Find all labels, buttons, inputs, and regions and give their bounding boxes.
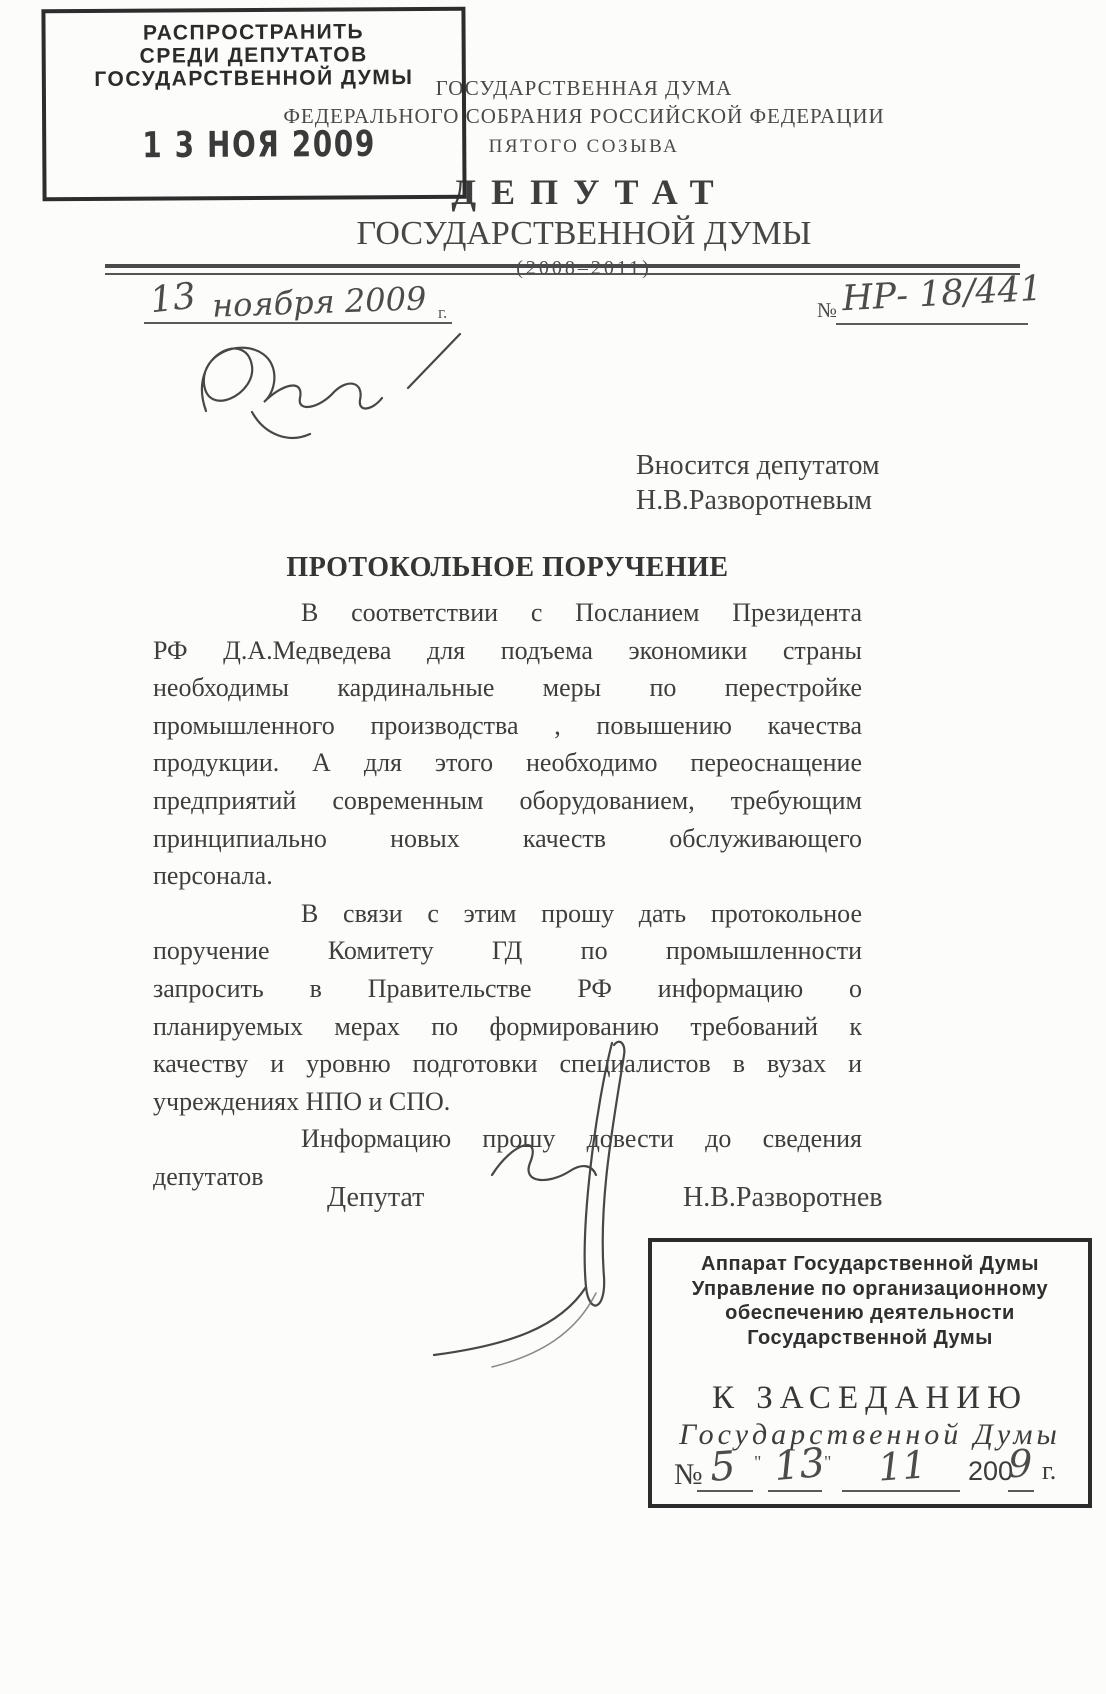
session-dept-line2: Управление по организационному	[652, 1277, 1088, 1302]
session-number-sign: №	[674, 1458, 703, 1492]
distribution-stamp-box: РАСПРОСТРАНИТЬ СРЕДИ ДЕПУТАТОВ ГОСУДАРСТ…	[41, 7, 466, 202]
session-stamp-department: Аппарат Государственной Думы Управление …	[652, 1252, 1088, 1350]
session-day-open-quote: "	[754, 1452, 761, 1473]
distribution-stamp-line1: РАСПРОСТРАНИТЬ	[45, 20, 461, 46]
body-line: принципиально новых качеств обслуживающе…	[153, 820, 862, 858]
distribution-stamp-line3: ГОСУДАРСТВЕННОЙ ДУМЫ	[46, 66, 462, 92]
signoff-deputy-name: Н.В.Разворотнев	[683, 1182, 883, 1214]
session-stamp-box: Аппарат Государственной Думы Управление …	[648, 1238, 1092, 1508]
session-day-underline	[768, 1490, 822, 1492]
body-line: персонала.	[153, 857, 862, 895]
session-title: К ЗАСЕДАНИЮ	[652, 1380, 1088, 1417]
letterhead-term: (2008–2011)	[234, 257, 934, 280]
session-year-underline	[1008, 1490, 1034, 1492]
body-line: РФ Д.А.Медведева для подъема экономики с…	[153, 632, 862, 670]
body-line: В связи с этим прошу дать протокольное	[153, 895, 862, 933]
submitted-by-line2: Н.В.Разворотневым	[636, 483, 880, 518]
body-line: запросить в Правительстве РФ информацию …	[153, 970, 862, 1008]
body-line: предприятий современным оборудованием, т…	[153, 782, 862, 820]
submitted-by-line1: Вносится депутатом	[636, 448, 880, 483]
distribution-stamp-text: РАСПРОСТРАНИТЬ СРЕДИ ДЕПУТАТОВ ГОСУДАРСТ…	[45, 20, 461, 92]
body-line: поручение Комитету ГД по промышленности	[153, 932, 862, 970]
session-number-underline	[697, 1490, 753, 1492]
session-dept-line4: Государственной Думы	[652, 1326, 1088, 1351]
letterhead-title-duma: ГОСУДАРСТВЕННОЙ ДУМЫ	[234, 215, 934, 253]
body-line: промышленного производства , повышению к…	[153, 707, 862, 745]
body-line: продукции. А для этого необходимо переос…	[153, 744, 862, 782]
session-day-close-quote: "	[824, 1452, 831, 1473]
session-year-suffix: г.	[1042, 1456, 1056, 1486]
body-line: необходимы кардинальные меры по перестро…	[153, 669, 862, 707]
session-dept-line3: обеспечению деятельности	[652, 1301, 1088, 1326]
signature-top	[168, 316, 488, 456]
distribution-stamp-line2: СРЕДИ ДЕПУТАТОВ	[46, 43, 462, 69]
session-year-prefix: 200	[968, 1456, 1013, 1487]
session-month-underline	[842, 1490, 960, 1492]
handwritten-date-day: 13	[148, 276, 198, 322]
submitted-by-block: Вносится депутатом Н.В.Разворотневым	[636, 448, 880, 518]
document-heading: ПРОТОКОЛЬНОЕ ПОРУЧЕНИЕ	[153, 552, 862, 584]
number-sign-label: №	[817, 298, 837, 323]
scanned-document-page: ГОСУДАРСТВЕННАЯ ДУМА ФЕДЕРАЛЬНОГО СОБРАН…	[0, 0, 1106, 1694]
number-underline	[836, 323, 1028, 325]
handwritten-session-day: 13	[772, 1440, 827, 1490]
body-line: В соответствии с Посланием Президента	[153, 594, 862, 632]
received-date-stamp: 1 3 НОЯ 2009	[142, 123, 376, 166]
session-dept-line1: Аппарат Государственной Думы	[652, 1252, 1088, 1277]
handwritten-session-year-digit: 9	[1008, 1442, 1032, 1486]
handwritten-session-month: 11	[877, 1442, 928, 1489]
handwritten-session-number: 5	[708, 1443, 737, 1491]
